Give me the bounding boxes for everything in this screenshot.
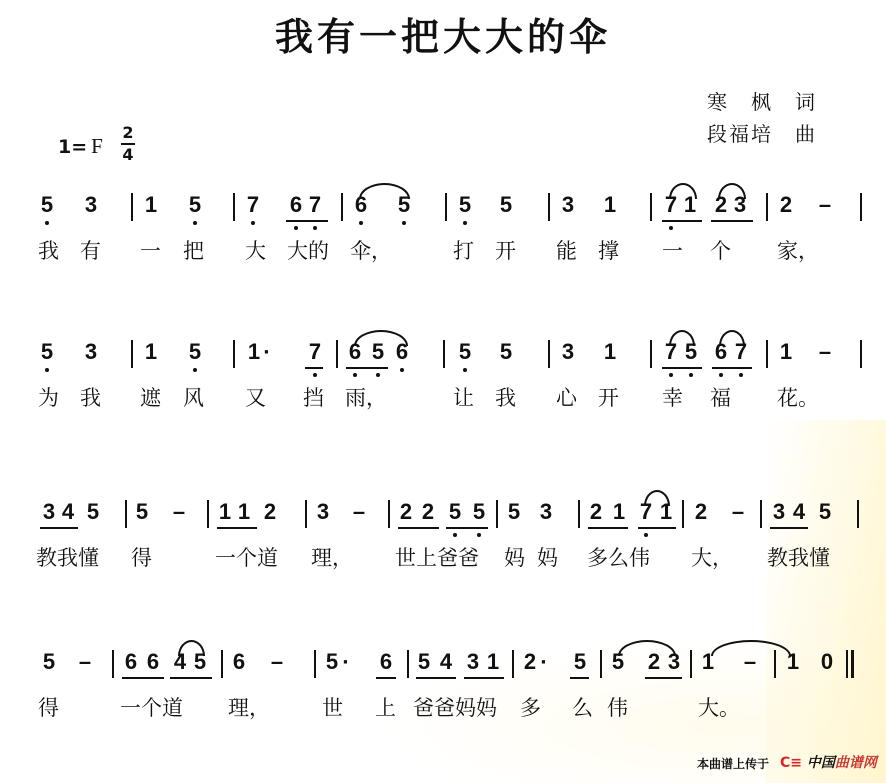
slur [359, 183, 410, 199]
augmentation-dot: · [540, 652, 547, 673]
barline [578, 500, 580, 528]
eighth-underline [464, 677, 504, 679]
low-octave-dot [669, 226, 673, 230]
note: 5 [470, 498, 488, 526]
lyric: 一个道 [120, 692, 183, 722]
eighth-underline [217, 527, 257, 529]
barline [857, 500, 859, 528]
slur [669, 183, 697, 199]
barline [233, 340, 235, 368]
barline [682, 500, 684, 528]
lyric: 伞， [350, 235, 392, 265]
low-octave-dot [402, 221, 406, 225]
site-logo[interactable]: C≡ 中国曲谱网 [780, 752, 877, 772]
eighth-underline [662, 367, 702, 369]
song-title: 我有一把大大的伞 [0, 6, 886, 61]
barline [233, 193, 235, 221]
dash-extension: – [816, 191, 834, 219]
eighth-underline [416, 677, 456, 679]
note: 0 [818, 648, 836, 676]
note: 3 [559, 338, 577, 366]
note: 1 [601, 191, 619, 219]
slur [719, 330, 745, 346]
barline [112, 650, 114, 678]
key-signature: 1=F [58, 134, 103, 159]
augmentation-dot: · [263, 342, 270, 363]
score-row: 5–66456–565431255231–10··得一个道理，世上爸爸妈妈多么伟… [0, 640, 886, 730]
note: 5 [133, 498, 151, 526]
low-octave-dot [45, 221, 49, 225]
note: 6 [377, 648, 395, 676]
barline [388, 500, 390, 528]
low-octave-dot [719, 373, 723, 377]
note: 1 [601, 338, 619, 366]
note: 5 [186, 191, 204, 219]
eighth-underline [712, 367, 752, 369]
lyric: 又 [245, 382, 266, 412]
note: 5 [505, 498, 523, 526]
barline [221, 650, 223, 678]
note: 2 [521, 648, 539, 676]
note: 4 [59, 498, 77, 526]
lyric: 一 [662, 235, 683, 265]
low-octave-dot [669, 373, 673, 377]
barline [766, 340, 768, 368]
eighth-underline [645, 677, 682, 679]
lyric: 世上爸爸 [395, 542, 479, 572]
lyric: 多 [520, 692, 541, 722]
barline [496, 500, 498, 528]
note: 3 [82, 338, 100, 366]
note: 5 [415, 648, 433, 676]
note: 6 [287, 191, 305, 219]
lyric: 我 [38, 235, 59, 265]
note: 2 [587, 498, 605, 526]
dash-extension: – [170, 498, 188, 526]
eighth-underline [305, 367, 323, 369]
note: 1 [142, 191, 160, 219]
lyric: 多么伟 [587, 542, 650, 572]
note: 5 [497, 338, 515, 366]
note: 1 [777, 338, 795, 366]
composer-credit: 段福培 曲 [707, 118, 817, 147]
dash-extension: – [816, 338, 834, 366]
barline [600, 650, 602, 678]
eighth-underline [122, 677, 164, 679]
note: 5 [186, 338, 204, 366]
slur [711, 640, 791, 656]
time-signature: 2 4 [121, 124, 135, 164]
lyric: 大的 [287, 235, 329, 265]
slur [718, 183, 746, 199]
logo-text-a: 中国 [807, 755, 835, 771]
note: 1 [216, 498, 234, 526]
eighth-underline [711, 220, 753, 222]
barline [407, 650, 409, 678]
note: 3 [559, 191, 577, 219]
eighth-underline [286, 220, 328, 222]
barline [860, 193, 862, 221]
eighth-underline [40, 527, 78, 529]
barline [314, 650, 316, 678]
lyric: 上 [375, 692, 396, 722]
barline [336, 340, 338, 368]
eighth-underline [588, 527, 628, 529]
barline [125, 500, 127, 528]
upload-text: 本曲谱上传于 [697, 755, 769, 772]
lyric: 教我懂 [36, 542, 99, 572]
barline [443, 340, 445, 368]
note: 7 [244, 191, 262, 219]
note: 2 [692, 498, 710, 526]
low-octave-dot [400, 368, 404, 372]
logo-text-b: 曲谱网 [835, 755, 877, 771]
lyric: 我 [80, 382, 101, 412]
lyric: 一 [140, 235, 161, 265]
barline [131, 193, 133, 221]
lyric: 幸 [662, 382, 683, 412]
barline [690, 650, 692, 678]
barline [445, 193, 447, 221]
barline [650, 193, 652, 221]
lyric: 理， [228, 692, 270, 722]
low-octave-dot [477, 533, 481, 537]
lyric: 妈 [504, 542, 525, 572]
note: 6 [144, 648, 162, 676]
dash-extension: – [268, 648, 286, 676]
barline [131, 340, 133, 368]
low-octave-dot [313, 226, 317, 230]
note: 5 [323, 648, 341, 676]
note: 5 [40, 648, 58, 676]
low-octave-dot [644, 533, 648, 537]
low-octave-dot [463, 221, 467, 225]
low-octave-dot [463, 368, 467, 372]
lyric: 开 [495, 235, 516, 265]
lyric: 理， [311, 542, 353, 572]
eighth-underline [770, 527, 808, 529]
lyric: 花。 [777, 382, 819, 412]
note: 1 [484, 648, 502, 676]
eighth-underline [638, 527, 676, 529]
note: 4 [437, 648, 455, 676]
lyric: 遮 [140, 382, 161, 412]
note: 6 [122, 648, 140, 676]
note: 2 [777, 191, 795, 219]
logo-mark-icon: C≡ [780, 755, 802, 771]
lyric: 我 [495, 382, 516, 412]
note: 1 [142, 338, 160, 366]
note: 3 [464, 648, 482, 676]
barline [512, 650, 514, 678]
final-barline [851, 650, 854, 678]
eighth-underline [662, 220, 702, 222]
time-bottom: 4 [121, 146, 135, 164]
score-row: 3455–1123–22555321712–345教我懂得一个道理，世上爸爸妈妈… [0, 490, 886, 580]
low-octave-dot [689, 373, 693, 377]
lyric: 家， [777, 235, 819, 265]
lyric: 风 [183, 382, 204, 412]
eighth-underline [376, 677, 396, 679]
note: 2 [419, 498, 437, 526]
slur [618, 640, 676, 656]
note: 2 [397, 498, 415, 526]
note: 2 [261, 498, 279, 526]
low-octave-dot [45, 368, 49, 372]
note: 5 [816, 498, 834, 526]
lyric: 大 [245, 235, 266, 265]
lyric: 有 [80, 235, 101, 265]
note: 1 [235, 498, 253, 526]
low-octave-dot [453, 533, 457, 537]
eighth-underline [570, 677, 589, 679]
note: 3 [770, 498, 788, 526]
eighth-underline [346, 367, 388, 369]
barline [650, 340, 652, 368]
lyric: 得 [131, 542, 152, 572]
lyric: 妈 [537, 542, 558, 572]
note: 5 [38, 338, 56, 366]
lyric: 大， [691, 542, 733, 572]
note: 1 [610, 498, 628, 526]
note: 1 [245, 338, 263, 366]
lyric: 撑 [598, 235, 619, 265]
dash-extension: – [76, 648, 94, 676]
lyric: 心 [556, 382, 577, 412]
note: 5 [497, 191, 515, 219]
low-octave-dot [353, 373, 357, 377]
eighth-underline [446, 527, 488, 529]
lyric: 大。 [698, 692, 740, 722]
note: 3 [82, 191, 100, 219]
lyric: 开 [598, 382, 619, 412]
note: 5 [571, 648, 589, 676]
lyric: 爸爸妈妈 [413, 692, 497, 722]
slur [178, 640, 205, 656]
dash-extension: – [729, 498, 747, 526]
slur [354, 330, 408, 346]
lyric: 教我懂 [767, 542, 830, 572]
lyric: 把 [183, 235, 204, 265]
final-barline [846, 650, 848, 678]
lyric: 世 [322, 692, 343, 722]
lyricist-credit: 寒 枫 词 [707, 86, 817, 115]
note: 3 [40, 498, 58, 526]
score-row: 531576765553171232–我有一把大大的伞，打开能撑一个家， [0, 183, 886, 273]
lyric: 伟 [607, 692, 628, 722]
note: 5 [38, 191, 56, 219]
lyric: 打 [453, 235, 474, 265]
barline [548, 340, 550, 368]
lyric: 能 [556, 235, 577, 265]
low-octave-dot [313, 373, 317, 377]
low-octave-dot [376, 373, 380, 377]
barline [766, 193, 768, 221]
barline [207, 500, 209, 528]
note: 3 [314, 498, 332, 526]
key-tonic: F [91, 134, 103, 158]
slur [644, 490, 670, 506]
lyric: 一个道 [215, 542, 278, 572]
lyric: 么 [572, 692, 593, 722]
lyric: 为 [38, 382, 59, 412]
barline [305, 500, 307, 528]
augmentation-dot: · [342, 652, 349, 673]
note: 5 [84, 498, 102, 526]
low-octave-dot [251, 221, 255, 225]
barline [860, 340, 862, 368]
lyric: 挡 [303, 382, 324, 412]
note: 5 [456, 191, 474, 219]
low-octave-dot [359, 221, 363, 225]
lyric: 让 [453, 382, 474, 412]
time-top: 2 [121, 124, 135, 142]
low-octave-dot [739, 373, 743, 377]
barline [760, 500, 762, 528]
eighth-underline [398, 527, 439, 529]
low-octave-dot [193, 221, 197, 225]
barline [341, 193, 343, 221]
eighth-underline [170, 677, 212, 679]
note: 7 [306, 191, 324, 219]
score-row: 531517656553175671–·为我遮风又挡雨，让我心开幸福花。 [0, 330, 886, 420]
dash-extension: – [350, 498, 368, 526]
note: 5 [456, 338, 474, 366]
note: 6 [230, 648, 248, 676]
note: 5 [446, 498, 464, 526]
lyric: 个 [710, 235, 731, 265]
barline [548, 193, 550, 221]
slur [669, 330, 695, 346]
note: 7 [306, 338, 324, 366]
low-octave-dot [193, 368, 197, 372]
lyric: 雨， [345, 382, 387, 412]
note: 3 [537, 498, 555, 526]
lyric: 得 [38, 692, 59, 722]
lyric: 福 [710, 382, 731, 412]
note: 4 [790, 498, 808, 526]
key-prefix: 1= [58, 136, 87, 158]
low-octave-dot [294, 226, 298, 230]
